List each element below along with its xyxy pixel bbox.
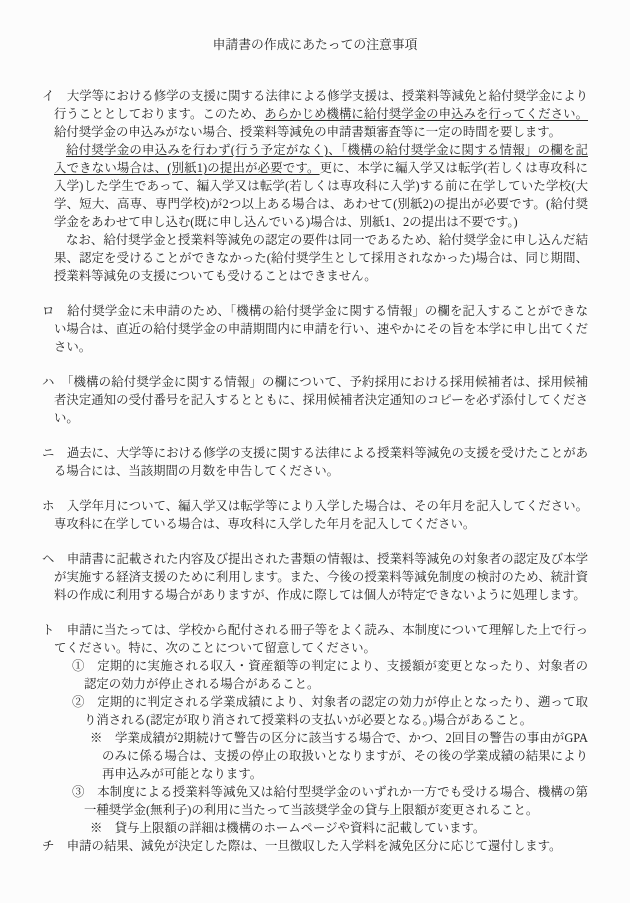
item-lead-paragraph: チ 申請の結果、減免が決定した際は、一旦徴収した入学料を減免区分に応じて還付しま… — [42, 837, 588, 855]
notice-item-i: イ 大学等における修学の支援に関する法律による修学支援は、授業料等減免と給付奨学… — [42, 87, 588, 285]
notice-item-chi: チ 申請の結果、減免が決定した際は、一旦徴収した入学料を減免区分に応じて還付しま… — [42, 837, 588, 855]
sub-item-text: 貸与上限額の詳細は機構のホームページや資料に記載しています。 — [115, 821, 485, 835]
item-label: ハ — [42, 375, 67, 389]
sub-item-marker: ② — [72, 695, 97, 709]
item-label: チ — [42, 839, 67, 853]
notice-item-to: ト 申請に当たっては、学校から配付される冊子等をよく読み、本制度について理解した… — [42, 621, 588, 837]
notice-items: イ 大学等における修学の支援に関する法律による修学支援は、授業料等減免と給付奨学… — [42, 87, 588, 855]
sub-item-text: 学業成績が2期続けて警告の区分に該当する場合で、かつ、2回目の警告の事由がGPA… — [102, 731, 588, 781]
sub-item-note: ※ 貸与上限額の詳細は機構のホームページや資料に記載しています。 — [42, 819, 588, 837]
underlined-text: あらかじめ機構に給付奨学金の申込みを行ってください。 — [264, 107, 588, 121]
sub-item-numbered: ① 定期的に実施される収入・資産額等の判定により、支援額が変更となったり、対象者… — [42, 657, 588, 693]
sub-item-marker: ③ — [72, 785, 97, 799]
sub-item-marker: ※ — [90, 821, 115, 835]
item-label: ロ — [42, 304, 67, 318]
item-lead-paragraph: ハ 「機構の給付奨学金に関する情報」の欄について、予約採用における採用候補者は、… — [42, 373, 588, 427]
text-segment: 給付奨学金の申込みがない場合、授業料等減免の申請書類審査等に一定の時間を要します… — [54, 125, 561, 139]
item-lead-paragraph: ロ 給付奨学金に未申請のため、「機構の給付奨学金に関する情報」の欄を記入すること… — [42, 302, 588, 356]
sub-item-note: ※ 学業成績が2期続けて警告の区分に該当する場合で、かつ、2回目の警告の事由がG… — [42, 729, 588, 783]
notice-item-he: ヘ 申請書に記載された内容及び提出された書類の情報は、授業料等減免の対象者の認定… — [42, 550, 588, 604]
sub-item-numbered: ② 定期的に判定される学業成績により、対象者の認定の効力が停止となったり、遡って… — [42, 693, 588, 729]
sub-item-marker: ※ — [90, 731, 115, 745]
text-segment: 過去に、大学等における修学の支援に関する法律による授業料等減免の支援を受けたこと… — [54, 446, 588, 478]
item-sub-paragraph: なお、給付奨学金と授業料等減免の認定の要件は同一であるため、給付奨学金に申し込ん… — [42, 231, 588, 285]
page-title: 申請書の作成にあたっての注意事項 — [42, 36, 588, 54]
notice-item-ro: ロ 給付奨学金に未申請のため、「機構の給付奨学金に関する情報」の欄を記入すること… — [42, 302, 588, 356]
document-page: 申請書の作成にあたっての注意事項 イ 大学等における修学の支援に関する法律による… — [0, 0, 630, 903]
sub-item-text: 定期的に判定される学業成績により、対象者の認定の効力が停止となったり、遡って取り… — [84, 695, 588, 727]
text-segment: 給付奨学金に未申請のため、「機構の給付奨学金に関する情報」の欄を記入することがで… — [54, 304, 588, 354]
item-label: ト — [42, 623, 67, 637]
item-lead-paragraph: ニ 過去に、大学等における修学の支援に関する法律による授業料等減免の支援を受けた… — [42, 444, 588, 480]
sub-item-text: 本制度による授業料等減免又は給付型奨学金のいずれか一方でも受ける場合、機構の第一… — [84, 785, 588, 817]
notice-item-ho: ホ 入学年月について、編入学又は転学等により入学した場合は、その年月を記入してく… — [42, 497, 588, 533]
sub-item-numbered: ③ 本制度による授業料等減免又は給付型奨学金のいずれか一方でも受ける場合、機構の… — [42, 783, 588, 819]
sub-item-text: 定期的に実施される収入・資産額等の判定により、支援額が変更となったり、対象者の認… — [84, 659, 588, 691]
item-lead-paragraph: イ 大学等における修学の支援に関する法律による修学支援は、授業料等減免と給付奨学… — [42, 87, 588, 141]
item-label: ヘ — [42, 552, 67, 566]
item-sub-paragraph: 給付奨学金の申込みを行わず(行う予定がなく)、「機構の給付奨学金に関する情報」の… — [42, 141, 588, 231]
text-segment: 入学年月について、編入学又は転学等により入学した場合は、その年月を記入してくださ… — [54, 499, 588, 531]
text-segment: 「機構の給付奨学金に関する情報」の欄について、予約採用における採用候補者は、採用… — [54, 375, 588, 425]
item-lead-paragraph: ト 申請に当たっては、学校から配付される冊子等をよく読み、本制度について理解した… — [42, 621, 588, 657]
item-lead-paragraph: ホ 入学年月について、編入学又は転学等により入学した場合は、その年月を記入してく… — [42, 497, 588, 533]
text-segment: 申請の結果、減免が決定した際は、一旦徴収した入学料を減免区分に応じて還付します。 — [67, 839, 562, 853]
text-segment: 申請に当たっては、学校から配付される冊子等をよく読み、本制度について理解した上で… — [54, 623, 588, 655]
item-label: ホ — [42, 499, 67, 513]
text-segment: 申請書に記載された内容及び提出された書類の情報は、授業料等減免の対象者の認定及び… — [54, 552, 588, 602]
notice-item-ha: ハ 「機構の給付奨学金に関する情報」の欄について、予約採用における採用候補者は、… — [42, 373, 588, 427]
item-label: イ — [42, 89, 67, 103]
text-segment: なお、給付奨学金と授業料等減免の認定の要件は同一であるため、給付奨学金に申し込ん… — [54, 233, 588, 283]
item-label: ニ — [42, 446, 67, 460]
sub-item-marker: ① — [72, 659, 97, 673]
notice-item-ni: ニ 過去に、大学等における修学の支援に関する法律による授業料等減免の支援を受けた… — [42, 444, 588, 480]
item-lead-paragraph: ヘ 申請書に記載された内容及び提出された書類の情報は、授業料等減免の対象者の認定… — [42, 550, 588, 604]
